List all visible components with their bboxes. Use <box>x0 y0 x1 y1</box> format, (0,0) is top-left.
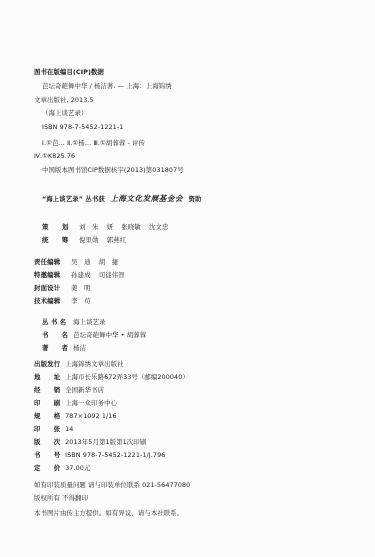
book-info-author: 著 者 杨洁 <box>42 344 86 352</box>
credit-label: 特邀编辑 <box>34 271 63 279</box>
pub-label: 印 张 <box>34 425 63 433</box>
credit-name: 胡 捷 <box>99 258 118 266</box>
credit-label: 封面设计 <box>34 284 63 292</box>
cip-record-number: 中国版本图书馆CIP数据核字(2013)第031807号 <box>42 166 184 174</box>
credit-row-responsible-editor: 责任编辑 吴 迪 胡 捷 <box>34 258 124 266</box>
book-info-series: 丛 书 名 海上谈艺录 <box>42 318 106 326</box>
credit-label: 技术编辑 <box>34 297 63 305</box>
pub-row-format: 规 格 787×1092 1/16 <box>34 412 117 420</box>
pub-value: ISBN 978-7-5452-1221-1/J.796 <box>65 451 165 459</box>
notice-copyright: 版权所有 不得翻印 <box>34 494 88 502</box>
pub-label: 出版发行 <box>34 360 63 368</box>
pub-value: 14 <box>65 425 73 433</box>
funding-series: “海上谈艺录” <box>42 195 83 203</box>
funding-text-before: 丛书获 <box>85 195 104 203</box>
book-info-value: 杨洁 <box>73 344 86 352</box>
credit-row-guest-editor: 特邀编辑 孙建成 司徒伟智 <box>34 271 131 279</box>
book-info-value: 芭坛奇葩舞中华 • 胡蓉蓉 <box>73 331 146 339</box>
book-info-label: 丛 书 名 <box>42 318 71 326</box>
cip-line-publisher: 文章出版社, 2013.5 <box>34 96 94 104</box>
credit-name: 司徒伟智 <box>99 271 125 279</box>
pub-label: 地 址 <box>34 373 63 381</box>
credit-name: 倪里勋 <box>79 236 98 244</box>
credit-name: 李 苟 <box>71 297 90 305</box>
book-info-label: 书 名 <box>42 331 71 339</box>
credit-name: 刘 朱 <box>79 223 98 231</box>
pub-label: 规 格 <box>34 412 63 420</box>
credit-name: 姜 明 <box>71 284 90 292</box>
notice-images: 本书图片由传主方提供。如有异议，请与本社联系。 <box>34 509 183 517</box>
funding-brand-logo: 上海文化发展基金会 <box>110 194 183 203</box>
pub-row-distributor: 经 销 全国新华书店 <box>34 386 104 394</box>
credit-row-coordination: 统 筹 倪里勋 郭燕红 <box>42 236 132 244</box>
credit-name: 沈文忠 <box>149 223 168 231</box>
pub-row-edition: 版 次 2013年5月第1版第1次印刷 <box>34 438 146 446</box>
cip-line-class-number: Ⅳ.①K825.76 <box>34 152 75 160</box>
pub-value: 2013年5月第1版第1次印刷 <box>65 438 146 446</box>
pub-value: 37.00元 <box>65 464 90 472</box>
credit-row-planning: 策 划 刘 朱 妍 张晓敏 沈文忠 <box>42 223 175 231</box>
pub-row-address: 地 址 上海市长乐路672弄33号（邮编200040） <box>34 373 189 381</box>
credit-label: 统 筹 <box>42 236 71 244</box>
credit-name: 张晓敏 <box>121 223 140 231</box>
credit-label: 策 划 <box>42 223 71 231</box>
pub-row-printer: 印 刷 上海一众印务中心 <box>34 399 117 407</box>
cip-line-isbn: ISBN 978-7-5452-1221-1 <box>42 123 123 131</box>
credit-label: 责任编辑 <box>34 258 63 266</box>
pub-value: 上海一众印务中心 <box>65 399 117 407</box>
cip-line-classification: Ⅰ.①芭… Ⅱ.①杨… Ⅲ.①胡蓉蓉 - 评传 <box>42 139 145 147</box>
pub-label: 书 号 <box>34 451 63 459</box>
credit-name: 郭燕红 <box>107 236 126 244</box>
pub-value: 上海锦绣文章出版社 <box>65 360 123 368</box>
pub-label: 经 销 <box>34 386 63 394</box>
credit-row-cover-design: 封面设计 姜 明 <box>34 284 97 292</box>
pub-value: 787×1092 1/16 <box>65 412 117 420</box>
credit-name: 吴 迪 <box>71 258 90 266</box>
pub-row-isbn: 书 号 ISBN 978-7-5452-1221-1/J.796 <box>34 451 165 459</box>
credit-row-technical-editor: 技术编辑 李 苟 <box>34 297 97 305</box>
funding-statement: “海上谈艺录” 丛书获 上海文化发展基金会 资助 <box>42 195 201 203</box>
pub-row-sheets: 印 张 14 <box>34 425 73 433</box>
credit-name: 孙建成 <box>71 271 90 279</box>
funding-text-after: 资助 <box>188 195 201 203</box>
credit-name: 妍 <box>107 223 114 231</box>
book-info-label: 著 者 <box>42 344 71 352</box>
pub-row-price: 定 价 37.00元 <box>34 464 90 472</box>
cip-line-title: 芭坛奇葩舞中华 / 杨洁著. — 上海：上海锦绣 <box>42 82 172 90</box>
book-info-value: 海上谈艺录 <box>73 318 105 326</box>
pub-row-publisher: 出版发行 上海锦绣文章出版社 <box>34 360 124 368</box>
pub-value: 上海市长乐路672弄33号（邮编200040） <box>65 373 189 381</box>
book-info-title: 书 名 芭坛奇葩舞中华 • 胡蓉蓉 <box>42 331 146 339</box>
pub-label: 版 次 <box>34 438 63 446</box>
cip-heading: 图书在版编目(CIP)数据 <box>34 68 104 76</box>
cip-line-series: （海上谈艺录） <box>42 109 87 117</box>
pub-value: 全国新华书店 <box>65 386 104 394</box>
pub-label: 定 价 <box>34 464 63 472</box>
pub-label: 印 刷 <box>34 399 63 407</box>
notice-print-quality: 如有印装质量问题 请与印装单位联系 021-56477080 <box>34 481 190 489</box>
